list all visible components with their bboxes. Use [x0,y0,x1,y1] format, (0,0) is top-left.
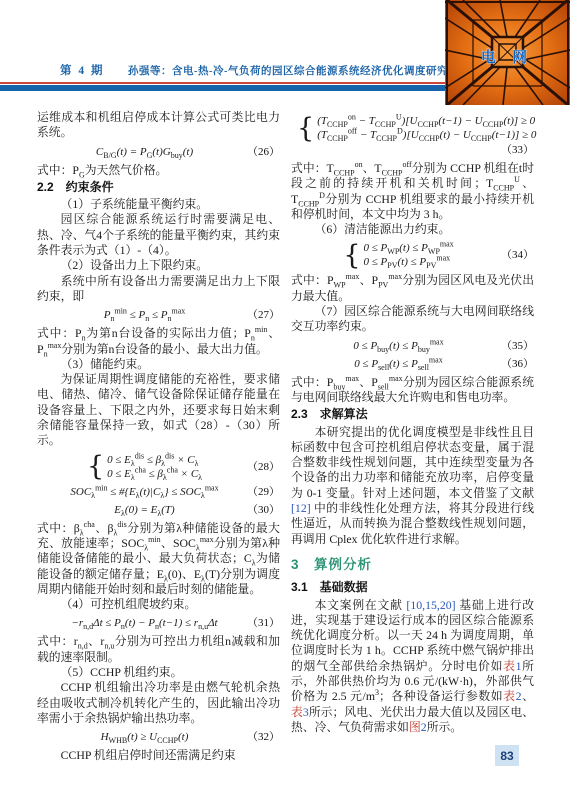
equation-number: （35） [501,339,534,353]
paragraph: 式中：Pbuymax、Psellmax分别为园区综合能源系统与电网间联络线最大允… [291,375,534,406]
left-column: 运维成本和机组启停成本计算公式可类比电力系统。CB/G(t) = PG(t)Gb… [37,110,280,764]
equation-number: （31） [247,616,280,630]
equation: Pnmin ≤ Pn ≤ Pnmax（27） [37,308,280,322]
equation-number: （27） [247,308,280,322]
citation-link[interactable]: [10,15,20] [406,598,455,612]
paragraph: 运维成本和机组启停成本计算公式可类比电力系统。 [37,110,280,141]
equation: SOCλmin ≤ #{Eλ(t)|Cλ} ≤ SOCλmax（29） [37,485,280,499]
paragraph: （3）储能约束。 [37,357,280,372]
equation-number: （30） [247,503,280,517]
equation-number: （32） [247,730,280,744]
citation-link[interactable]: [12] [291,501,311,515]
brace: { [297,115,314,142]
equation-number: （29） [247,485,280,499]
equation: CB/G(t) = PG(t)Gbuy(t)（26） [37,145,280,159]
right-column: {(TCCHPon − TCCHPU)[UCCHP(t−1) − UCCHP(t… [291,110,534,735]
paragraph: 式中：βλcha、βλdis分别为第λ种储能设备的最大充、放能速率；SOCλmi… [37,521,280,597]
equation: 0 ≤ Pbuy(t) ≤ Pbuymax（35） [291,339,534,353]
paragraph: （1）子系统能量平衡约束。 [37,197,280,212]
section-heading: 3 算例分析 [291,557,534,572]
paragraph: CCHP 机组输出冷功率是由燃气轮机余热经由吸收式制冷机转化产生的，因此输出冷功… [37,680,280,726]
subsection-heading: 3.1 基础数据 [291,580,534,595]
subsection-heading: 2.3 求解算法 [291,407,534,422]
equation: {(TCCHPon − TCCHPU)[UCCHP(t−1) − UCCHP(t… [291,114,534,157]
equation-number: （28） [247,460,280,474]
equation-number: （36） [501,357,534,371]
equation: 0 ≤ Psell(t) ≤ Psellmax（36） [291,357,534,371]
paragraph: 为保证周期性调度储能的充裕性，要求储电、储热、储冷、储气设备除保证储存能量在设备… [37,372,280,448]
header-rule-blue [0,85,453,91]
header-rule-red [0,82,453,84]
equation: Eλ(0) = Eλ(T)（30） [37,503,280,517]
page-number: 83 [495,745,519,766]
equation: {0 ≤ Eλdis ≤ βλdis × Cλ0 ≤ Eλcha ≤ βλcha… [37,453,280,481]
equation-number: （33） [291,143,534,157]
running-title: 孙强等：含电-热-冷-气负荷的园区综合能源系统经济优化调度研究 [128,63,443,78]
paragraph: 园区综合能源系统运行时需要满足电、热、冷、气4个子系统的能量平衡约束，其约束条件… [37,212,280,258]
figure-table-link[interactable]: 表 [503,689,515,703]
equation: HWHB(t) ≥ UCCHP(t)（32） [37,730,280,744]
paragraph: （2）设备出力上下限约束。 [37,258,280,273]
figure-table-link[interactable]: 表 [291,705,303,719]
subsection-heading: 2.2 约束条件 [37,180,280,195]
equation: {0 ≤ PWP(t) ≤ PWPmax0 ≤ PPV(t) ≤ PPVmax（… [291,241,534,269]
paragraph: （6）清洁能源出力约束。 [291,222,534,237]
brace: { [343,242,360,269]
paragraph: 式中：PG为天然气价格。 [37,163,280,178]
paragraph: （7）园区综合能源系统与大电网间联络线交互功率约束。 [291,304,534,335]
brace: { [87,453,104,480]
paragraph: 式中：TCCHPon、TCCHPoff分别为 CCHP 机组在t时段之前的持续开… [291,161,534,222]
citation-link[interactable]: 2 [421,720,427,734]
equation: −rn,dΔt ≤ Pn(t) − Pn(t−1) ≤ rn,uΔt（31） [37,616,280,630]
journal-issue: 第 4 期 [60,62,105,78]
paragraph: 式中：Pn为第n台设备的实际出力值；Pnmin、Pnmax分别为第n台设备的最小… [37,326,280,357]
power-grid-photo: 电 网 [445,0,570,105]
paragraph: 式中：rn,d、rn,u分别为可控出力机组n减载和加载的速率限制。 [37,634,280,665]
paragraph: （5）CCHP 机组约束。 [37,665,280,680]
paragraph: CCHP 机组启停时间还需满足约束 [37,748,280,763]
paragraph: 系统中所有设备出力需要满足出力上下限约束，即 [37,274,280,305]
citation-link[interactable]: 1 [516,659,522,673]
equation-number: （34） [501,248,534,262]
citation-link[interactable]: 2 [516,689,522,703]
paragraph: （4）可控机组爬坡约束。 [37,597,280,612]
grid-logo-text: 电 网 [481,48,533,66]
figure-table-link[interactable]: 图 [409,720,421,734]
paragraph: 本文案例在文献 [10,15,20] 基础上进行改进，实现基于建设运行成本的园区… [291,598,534,736]
figure-table-link[interactable]: 表 [503,659,515,673]
equation-number: （26） [247,145,280,159]
paragraph: 式中：PWPmax、PPVmax分别为园区风电及光伏出力最大值。 [291,273,534,304]
paper-page: 第 4 期 孙强等：含电-热-冷-气负荷的园区综合能源系统经济优化调度研究 [0,0,570,800]
citation-link[interactable]: 3 [303,705,309,719]
paragraph: 本研究提出的优化调度模型是非线性且目标函数中包含可控机组启停状态变量，属于混合整… [291,425,534,547]
